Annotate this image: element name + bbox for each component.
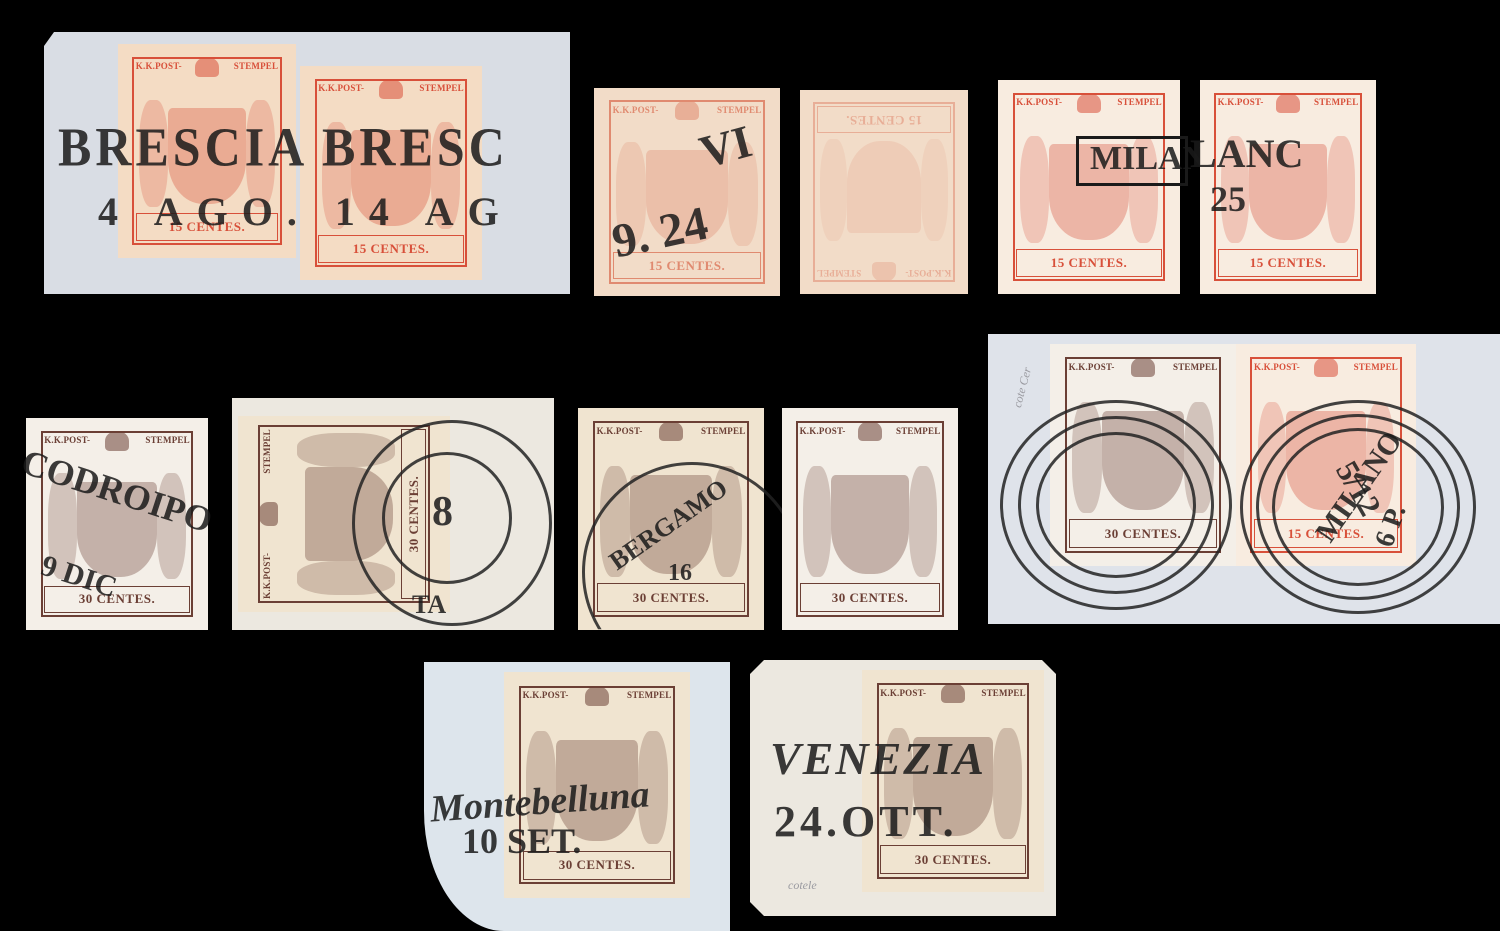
cancel-milano-fragment: LANC	[1190, 130, 1303, 177]
stamp-15c-4: K.K.POST-STEMPEL 15 CENTES.	[998, 80, 1180, 294]
eagle-shield-icon	[847, 141, 921, 233]
cancel-city-circle-date: 16	[668, 560, 692, 587]
cancel-circle-text: TA	[412, 590, 446, 620]
pencil-note-2: cotele	[788, 878, 817, 893]
eagle-shield-icon	[831, 475, 908, 575]
stamp-15c-inverted-offset: K.K.POST-STEMPEL 15 CENTES.	[800, 90, 968, 294]
cancel-circle-number: 8	[432, 488, 453, 536]
cancel-venezia-date: 24.OTT.	[774, 796, 958, 847]
cancel-venezia: VENEZIA	[770, 732, 986, 785]
cancel-milano-number: 25	[1210, 178, 1246, 220]
cancel-brescia-date: 4 AGO. 14 AG	[98, 188, 513, 235]
stamp-30c-3: K.K.POST-STEMPEL 30 CENTES.	[782, 408, 958, 630]
cancel-concentric-left-3	[1036, 432, 1196, 578]
cancel-montebelluna-date: 10 SET.	[462, 820, 581, 862]
cancel-brescia: BRESCIA BRESC	[58, 115, 509, 179]
